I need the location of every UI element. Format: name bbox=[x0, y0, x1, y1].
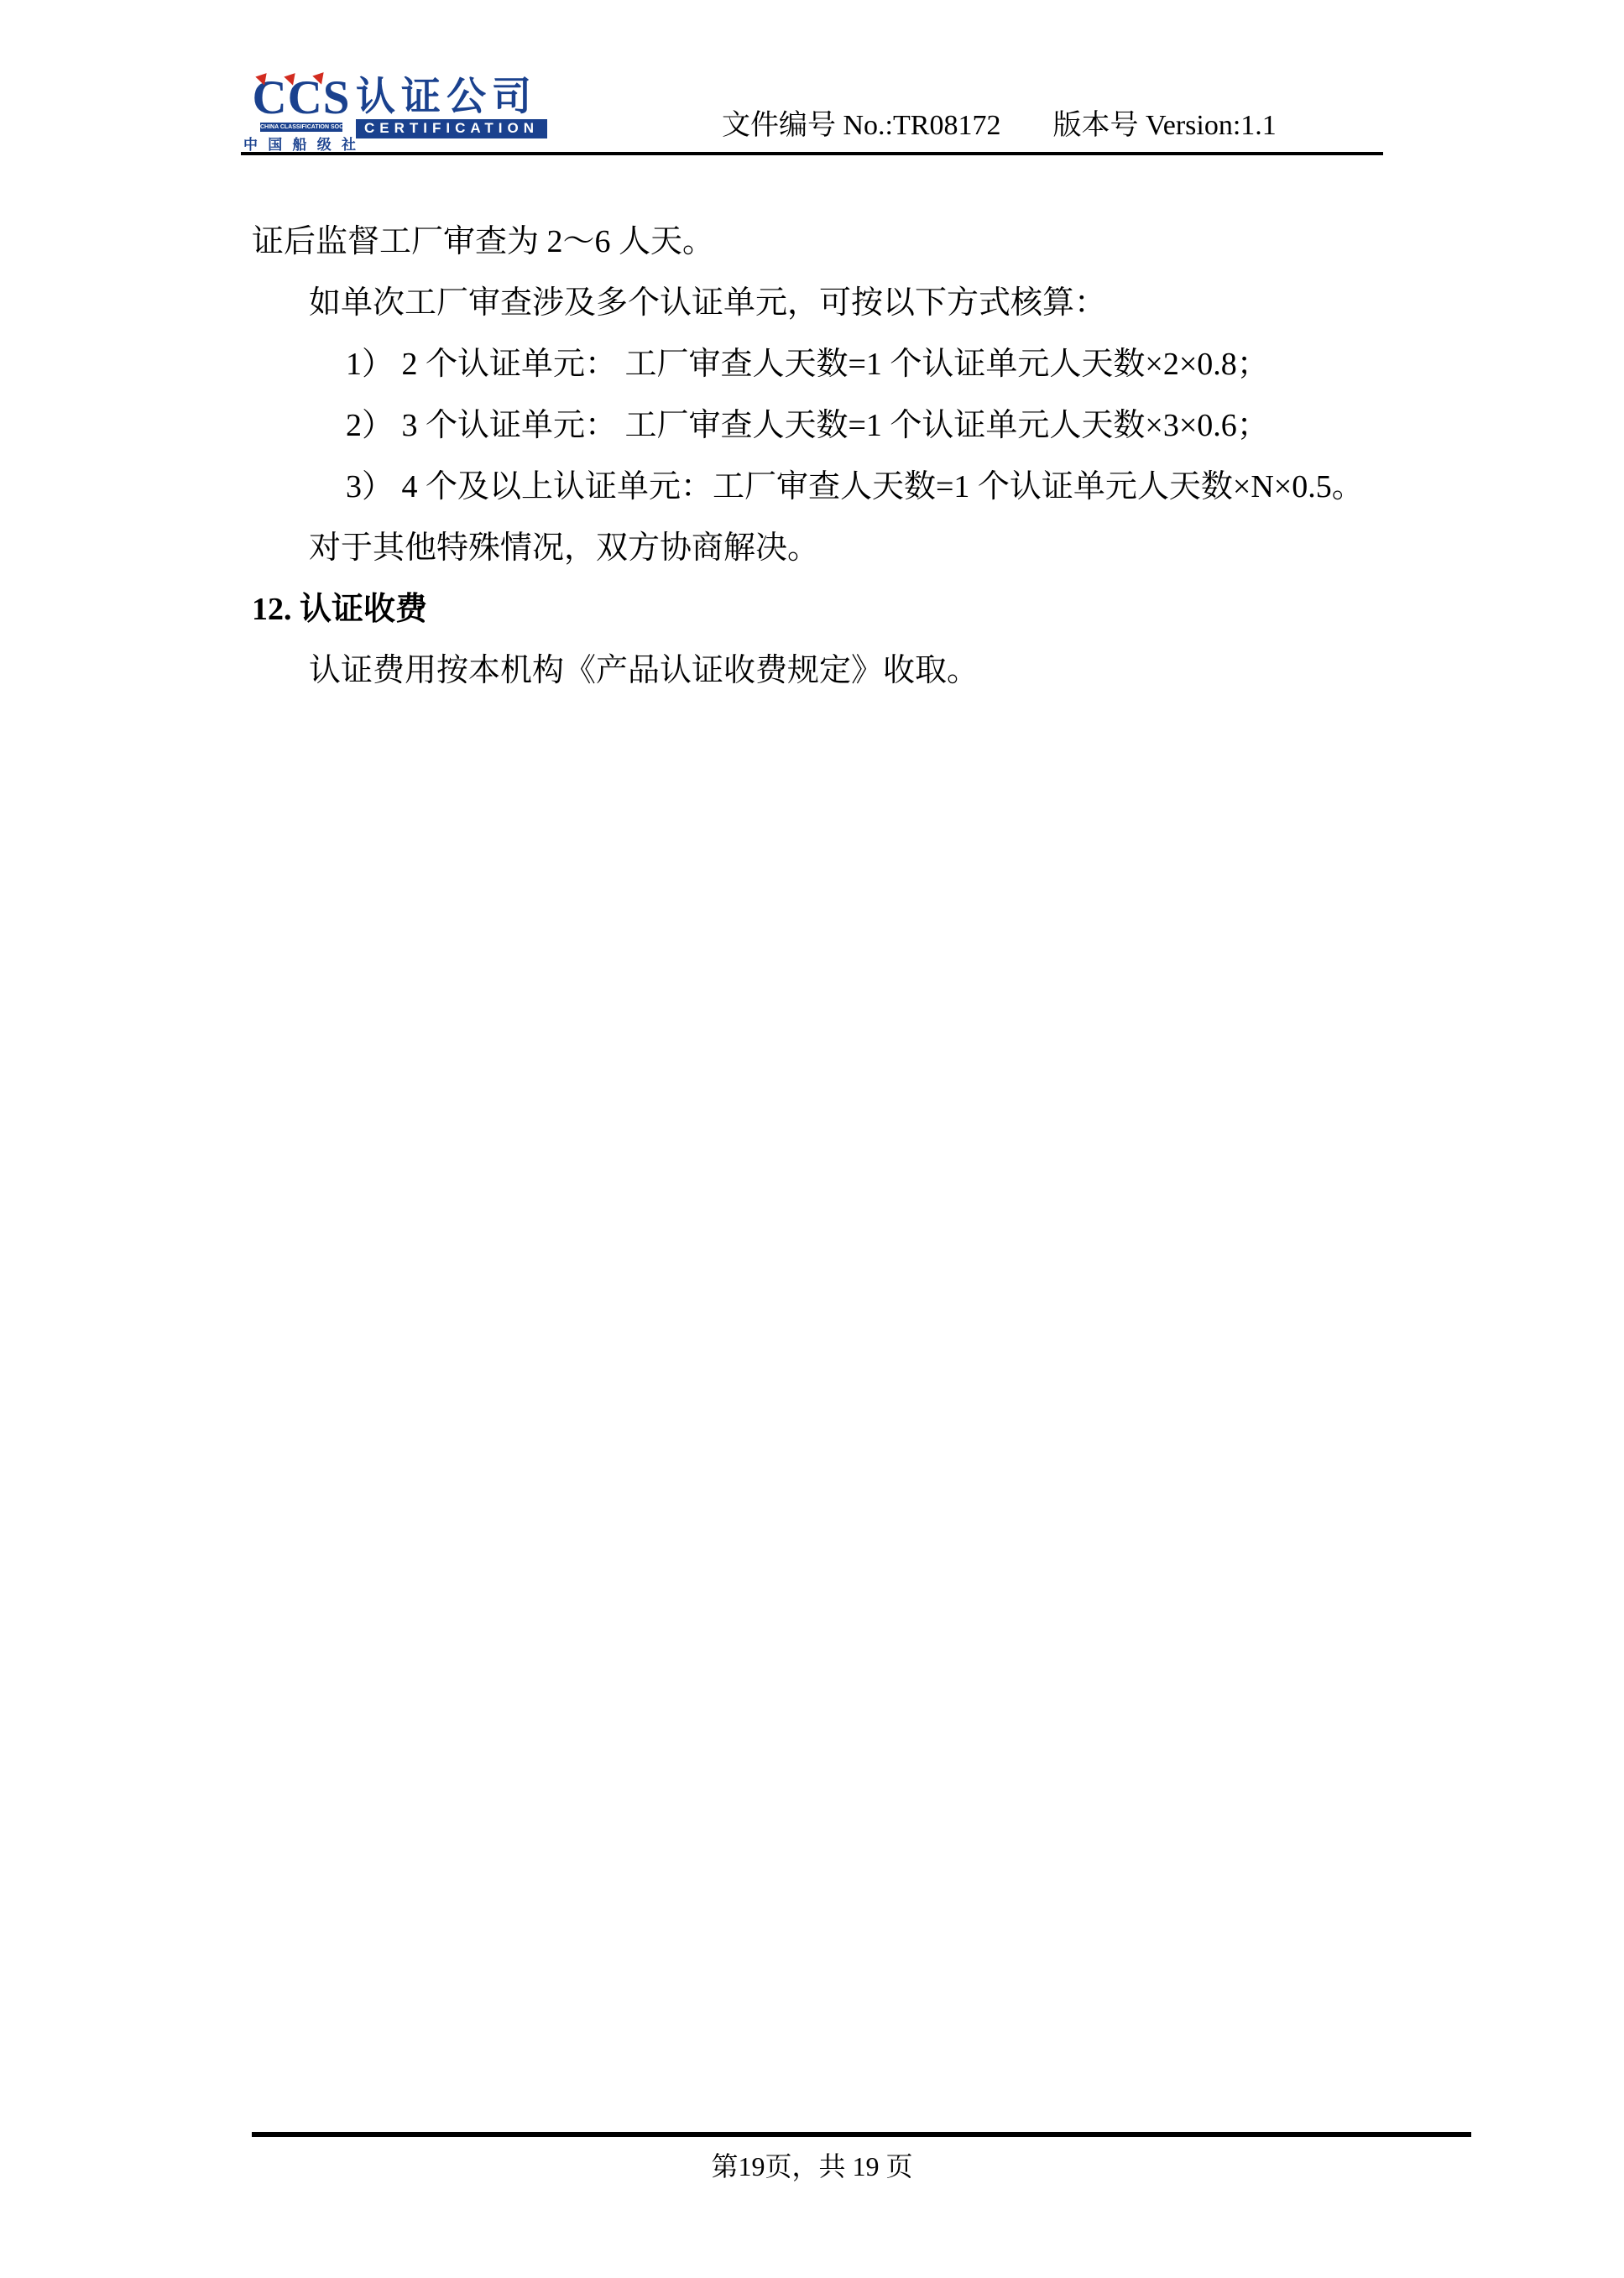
ccs-logo-right: 认证公司 CERTIFICATION bbox=[356, 76, 547, 154]
society-name-cn: 中 国 船 级 社 bbox=[243, 133, 359, 154]
document-meta: 文件编号 No.:TR08172 版本号 Version:1.1 bbox=[722, 109, 1277, 143]
ccs-mark: CCS bbox=[252, 76, 350, 121]
list-item: 3） 4 个及以上认证单元：工厂审查人天数=1 个认证单元人天数×N×0.5。 bbox=[0, 457, 1624, 518]
certification-banner: CERTIFICATION bbox=[356, 119, 547, 138]
doc-version: 版本号 Version:1.1 bbox=[1052, 109, 1276, 143]
section-heading: 12. 认证收费 bbox=[0, 579, 1624, 640]
paragraph-line: 认证费用按本机构《产品认证收费规定》收取。 bbox=[0, 640, 1624, 702]
page-number: 第19页，共 19 页 bbox=[0, 2147, 1624, 2186]
list-item: 1） 2 个认证单元： 工厂审查人天数=1 个认证单元人天数×2×0.8； bbox=[0, 334, 1624, 395]
paragraph-line: 对于其他特殊情况，双方协商解决。 bbox=[0, 518, 1624, 579]
ccs-logo-left: CCS CHINA CLASSIFICATION SOCIETY 中 国 船 级… bbox=[260, 76, 342, 154]
ccs-logo: CCS CHINA CLASSIFICATION SOCIETY 中 国 船 级… bbox=[260, 76, 547, 154]
document-page: CCS CHINA CLASSIFICATION SOCIETY 中 国 船 级… bbox=[0, 0, 1624, 2278]
paragraph-line: 证后监督工厂审查为 2～6 人天。 bbox=[0, 212, 1624, 273]
doc-number: 文件编号 No.:TR08172 bbox=[722, 109, 1000, 143]
document-body: 证后监督工厂审查为 2～6 人天。 如单次工厂审查涉及多个认证单元，可按以下方式… bbox=[0, 212, 1624, 702]
footer-divider bbox=[252, 2132, 1471, 2137]
list-item: 2） 3 个认证单元： 工厂审查人天数=1 个认证单元人天数×3×0.6； bbox=[0, 395, 1624, 457]
paragraph-line: 如单次工厂审查涉及多个认证单元，可按以下方式核算： bbox=[0, 273, 1624, 334]
header-divider bbox=[241, 152, 1383, 155]
brand-name-cn: 认证公司 bbox=[356, 76, 537, 117]
